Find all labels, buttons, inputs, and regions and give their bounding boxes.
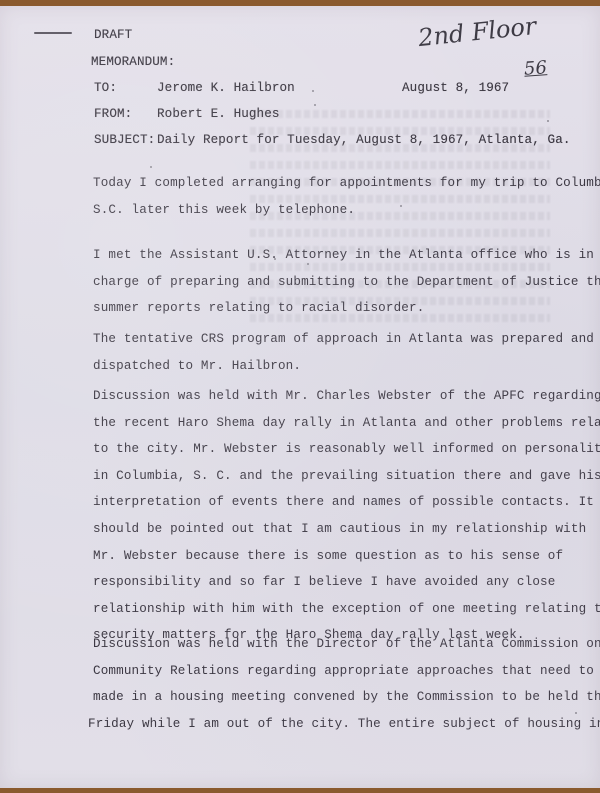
memo-line: interpretation of events there and names… [93, 495, 594, 509]
memo-line: dispatched to Mr. Hailbron. [93, 359, 301, 373]
draft-label: DRAFT [94, 28, 132, 42]
memo-line: should be pointed out that I am cautious… [93, 522, 586, 536]
memo-line: the recent Haro Shema day rally in Atlan… [93, 416, 600, 430]
memo-line: summer reports relating to racial disord… [93, 301, 424, 315]
memo-date: August 8, 1967 [402, 81, 509, 95]
memo-line: to the city. Mr. Webster is reasonably w… [93, 442, 600, 456]
memo-line: charge of preparing and submitting to th… [93, 275, 600, 289]
memo-line: responsibility and so far I believe I ha… [93, 575, 555, 589]
memorandum-label: MEMORANDUM: [91, 55, 175, 69]
to-label: TO: [94, 81, 117, 95]
subject-value: Daily Report for Tuesday, August 8, 1967… [157, 133, 571, 147]
memo-line: Community Relations regarding appropriat… [93, 664, 600, 678]
margin-dash-mark [34, 32, 72, 34]
memo-line: relationship with him with the exception… [93, 602, 600, 616]
memo-line: Today I completed arranging for appointm… [93, 176, 600, 190]
memo-line: I met the Assistant U.S. Attorney in the… [93, 248, 594, 262]
memo-line: made in a housing meeting convened by th… [93, 690, 600, 704]
subject-label: SUBJECT: [94, 133, 155, 147]
to-value: Jerome K. Hailbron [157, 81, 295, 95]
from-value: Robert E. Hughes [157, 107, 280, 121]
handwritten-note: 2nd Floor [417, 12, 538, 52]
handwritten-page-number: 56 [523, 57, 547, 80]
memo-line: Discussion was held with the Director of… [93, 637, 600, 651]
memo-line: The tentative CRS program of approach in… [93, 332, 594, 346]
memo-line: S.C. later this week by telephone. [93, 203, 355, 217]
memo-line: in Columbia, S. C. and the prevailing si… [93, 469, 600, 483]
memo-line: Discussion was held with Mr. Charles Web… [93, 389, 600, 403]
memo-line: Mr. Webster because there is some questi… [93, 549, 563, 563]
document-page: DRAFT MEMORANDUM: TO: Jerome K. Hailbron… [0, 6, 600, 788]
memo-line: Friday while I am out of the city. The e… [88, 717, 600, 731]
from-label: FROM: [94, 107, 132, 121]
